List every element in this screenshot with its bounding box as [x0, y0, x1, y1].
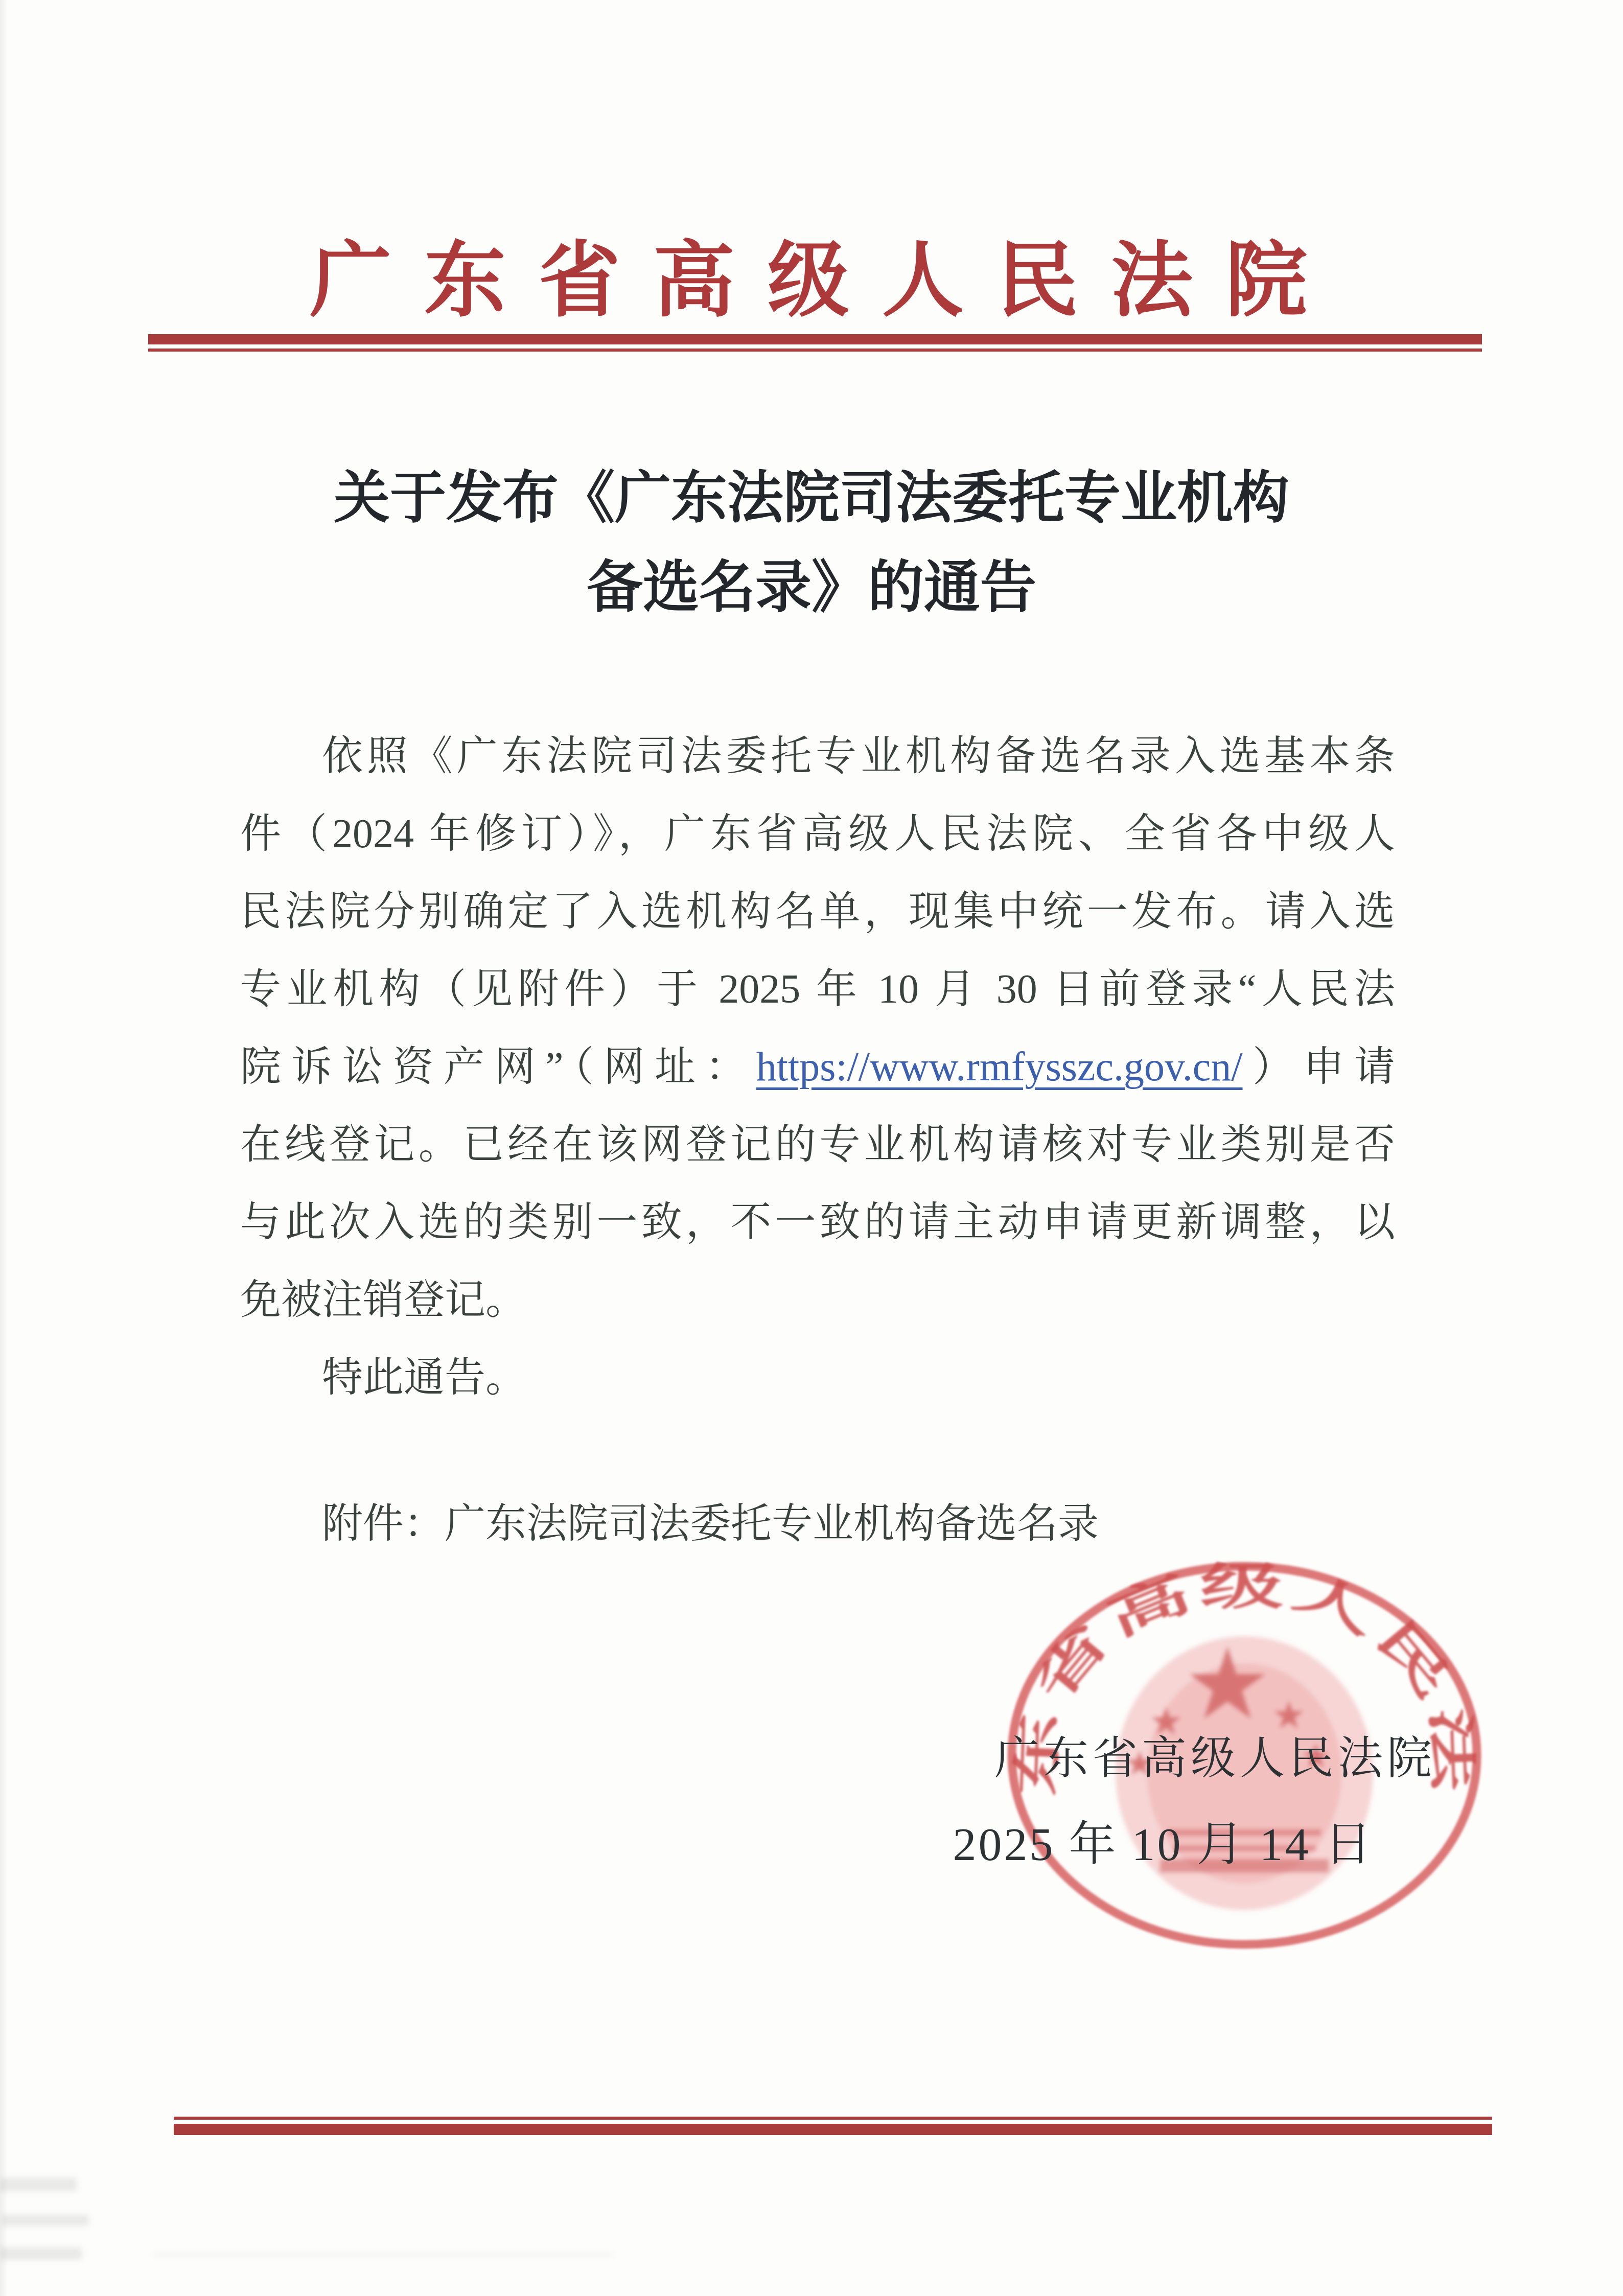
footer-rule-thin: [174, 2117, 1492, 2120]
scan-smudge: [0, 2178, 77, 2191]
attachment-line: 附件：广东法院司法委托专业机构备选名录: [240, 1485, 1477, 1563]
signature-org: 广东省高级人民法院: [960, 1722, 1471, 1787]
body-line: 免被注销登记。: [240, 1261, 1395, 1339]
notice-title-line2: 备选名录》的通告: [0, 552, 1623, 623]
agency-letterhead: 广 东 省 高 级 人 民 法 院: [0, 215, 1623, 332]
notice-body: 依照《广东法院司法委托专业机构备选名录入选基本条 件（2024 年修订）》，广东…: [240, 717, 1395, 1563]
header-rule-thick: [148, 334, 1482, 344]
scan-smudge: [0, 2247, 82, 2260]
signature-date: 2025 年 10 月 14 日: [933, 1806, 1393, 1874]
scan-edge-shade: [0, 0, 8, 2296]
footer-rule-thick: [174, 2124, 1492, 2135]
body-line: 依照《广东法院司法委托专业机构备选名录入选基本条: [240, 717, 1395, 795]
body-line: 件（2024 年修订）》，广东省高级人民法院、全省各中级人: [240, 795, 1395, 873]
body-line-with-link: 院诉讼资产网”（网址：https://www.rmfysszc.gov.cn/）…: [240, 1028, 1395, 1106]
scan-smudge: [153, 2253, 613, 2257]
notice-page: 广 东 省 高 级 人 民 法 院 关于发布《广东法院司法委托专业机构 备选名录…: [0, 0, 1623, 2296]
body-line: 专业机构（见附件）于 2025 年 10 月 30 日前登录“人民法: [240, 950, 1395, 1028]
closing-line: 特此通告。: [240, 1339, 1395, 1417]
body-line: 在线登记。已经在该网登记的专业机构请核对专业类别是否: [240, 1106, 1395, 1184]
scan-smudge: [2, 2215, 89, 2226]
body-line: 民法院分别确定了入选机构名单，现集中统一发布。请入选: [240, 873, 1395, 950]
link-prefix-text: 院诉讼资产网”（网址：: [240, 1045, 756, 1089]
notice-title-line1: 关于发布《广东法院司法委托专业机构: [0, 462, 1623, 534]
header-rule-thin: [148, 349, 1482, 352]
link-suffix-text: ）申请: [1243, 1045, 1395, 1089]
asset-network-link[interactable]: https://www.rmfysszc.gov.cn/: [756, 1045, 1243, 1089]
body-line: 与此次入选的类别一致，不一致的请主动申请更新调整，以: [240, 1184, 1395, 1261]
